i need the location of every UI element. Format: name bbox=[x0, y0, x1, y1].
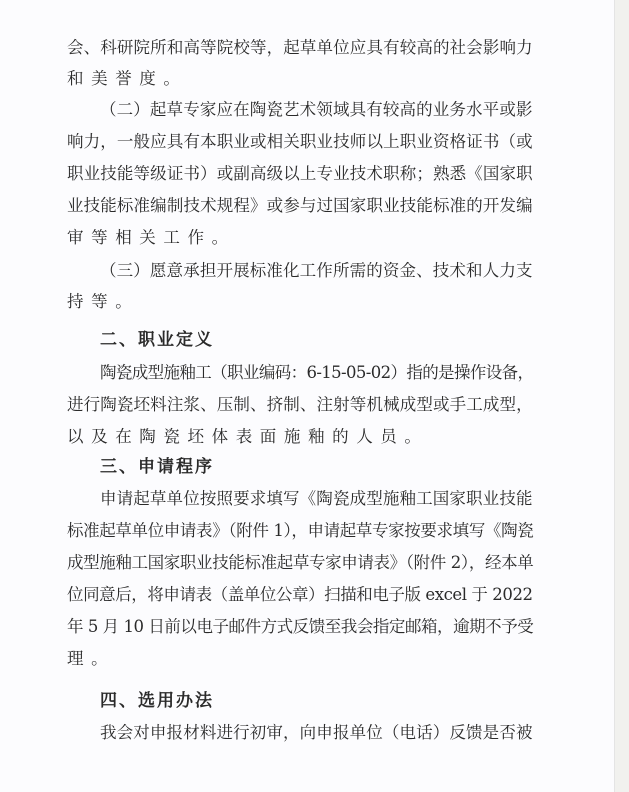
section-heading: 四、选用办法 bbox=[100, 690, 570, 712]
page-edge bbox=[615, 0, 629, 792]
text-line: 持等。 bbox=[67, 291, 537, 313]
text-line: 以及在陶瓷坯体表面施釉的人员。 bbox=[67, 426, 537, 448]
text-line: 审等相关工作。 bbox=[67, 227, 537, 249]
text-line: 职业技能等级证书）或副高级以上专业技术职称；熟悉《国家职 bbox=[67, 163, 537, 185]
text-line: 我会对申报材料进行初审，向申报单位（电话）反馈是否被 bbox=[100, 722, 570, 744]
text-line: （二）起草专家应在陶瓷艺术领域具有较高的业务水平或影 bbox=[100, 99, 570, 121]
text-line: 理。 bbox=[67, 648, 537, 670]
text-line: 成型施釉工国家职业技能标准起草专家申请表》（附件 2），经本单 bbox=[67, 552, 537, 574]
text-line: 年 5 月 10 日前以电子邮件方式反馈至我会指定邮箱，逾期不予受 bbox=[67, 616, 537, 638]
text-line: 业技能标准编制技术规程》或参与过国家职业技能标准的开发编 bbox=[67, 195, 537, 217]
text-line: （三）愿意承担开展标准化工作所需的资金、技术和人力支 bbox=[100, 260, 570, 282]
text-line: 陶瓷成型施釉工（职业编码：6-15-05-02）指的是操作设备， bbox=[100, 362, 570, 384]
document-page: 会、科研院所和高等院校等，起草单位应具有较高的社会影响力和美誉度。（二）起草专家… bbox=[0, 0, 615, 792]
section-heading: 三、申请程序 bbox=[100, 456, 570, 478]
section-heading: 二、职业定义 bbox=[100, 329, 570, 351]
text-line: 标准起草单位申请表》（附件 1），申请起草专家按要求填写《陶瓷 bbox=[67, 520, 537, 542]
text-line: 会、科研院所和高等院校等，起草单位应具有较高的社会影响力 bbox=[67, 37, 537, 59]
text-line: 和美誉度。 bbox=[67, 68, 537, 90]
text-line: 位同意后，将申请表（盖单位公章）扫描和电子版 excel 于 2022 bbox=[67, 584, 537, 606]
text-line: 响力，一般应具有本职业或相关职业技师以上职业资格证书（或 bbox=[67, 131, 537, 153]
text-line: 申请起草单位按照要求填写《陶瓷成型施釉工国家职业技能 bbox=[100, 488, 570, 510]
text-line: 进行陶瓷坯料注浆、压制、挤制、注射等机械成型或手工成型， bbox=[67, 394, 537, 416]
